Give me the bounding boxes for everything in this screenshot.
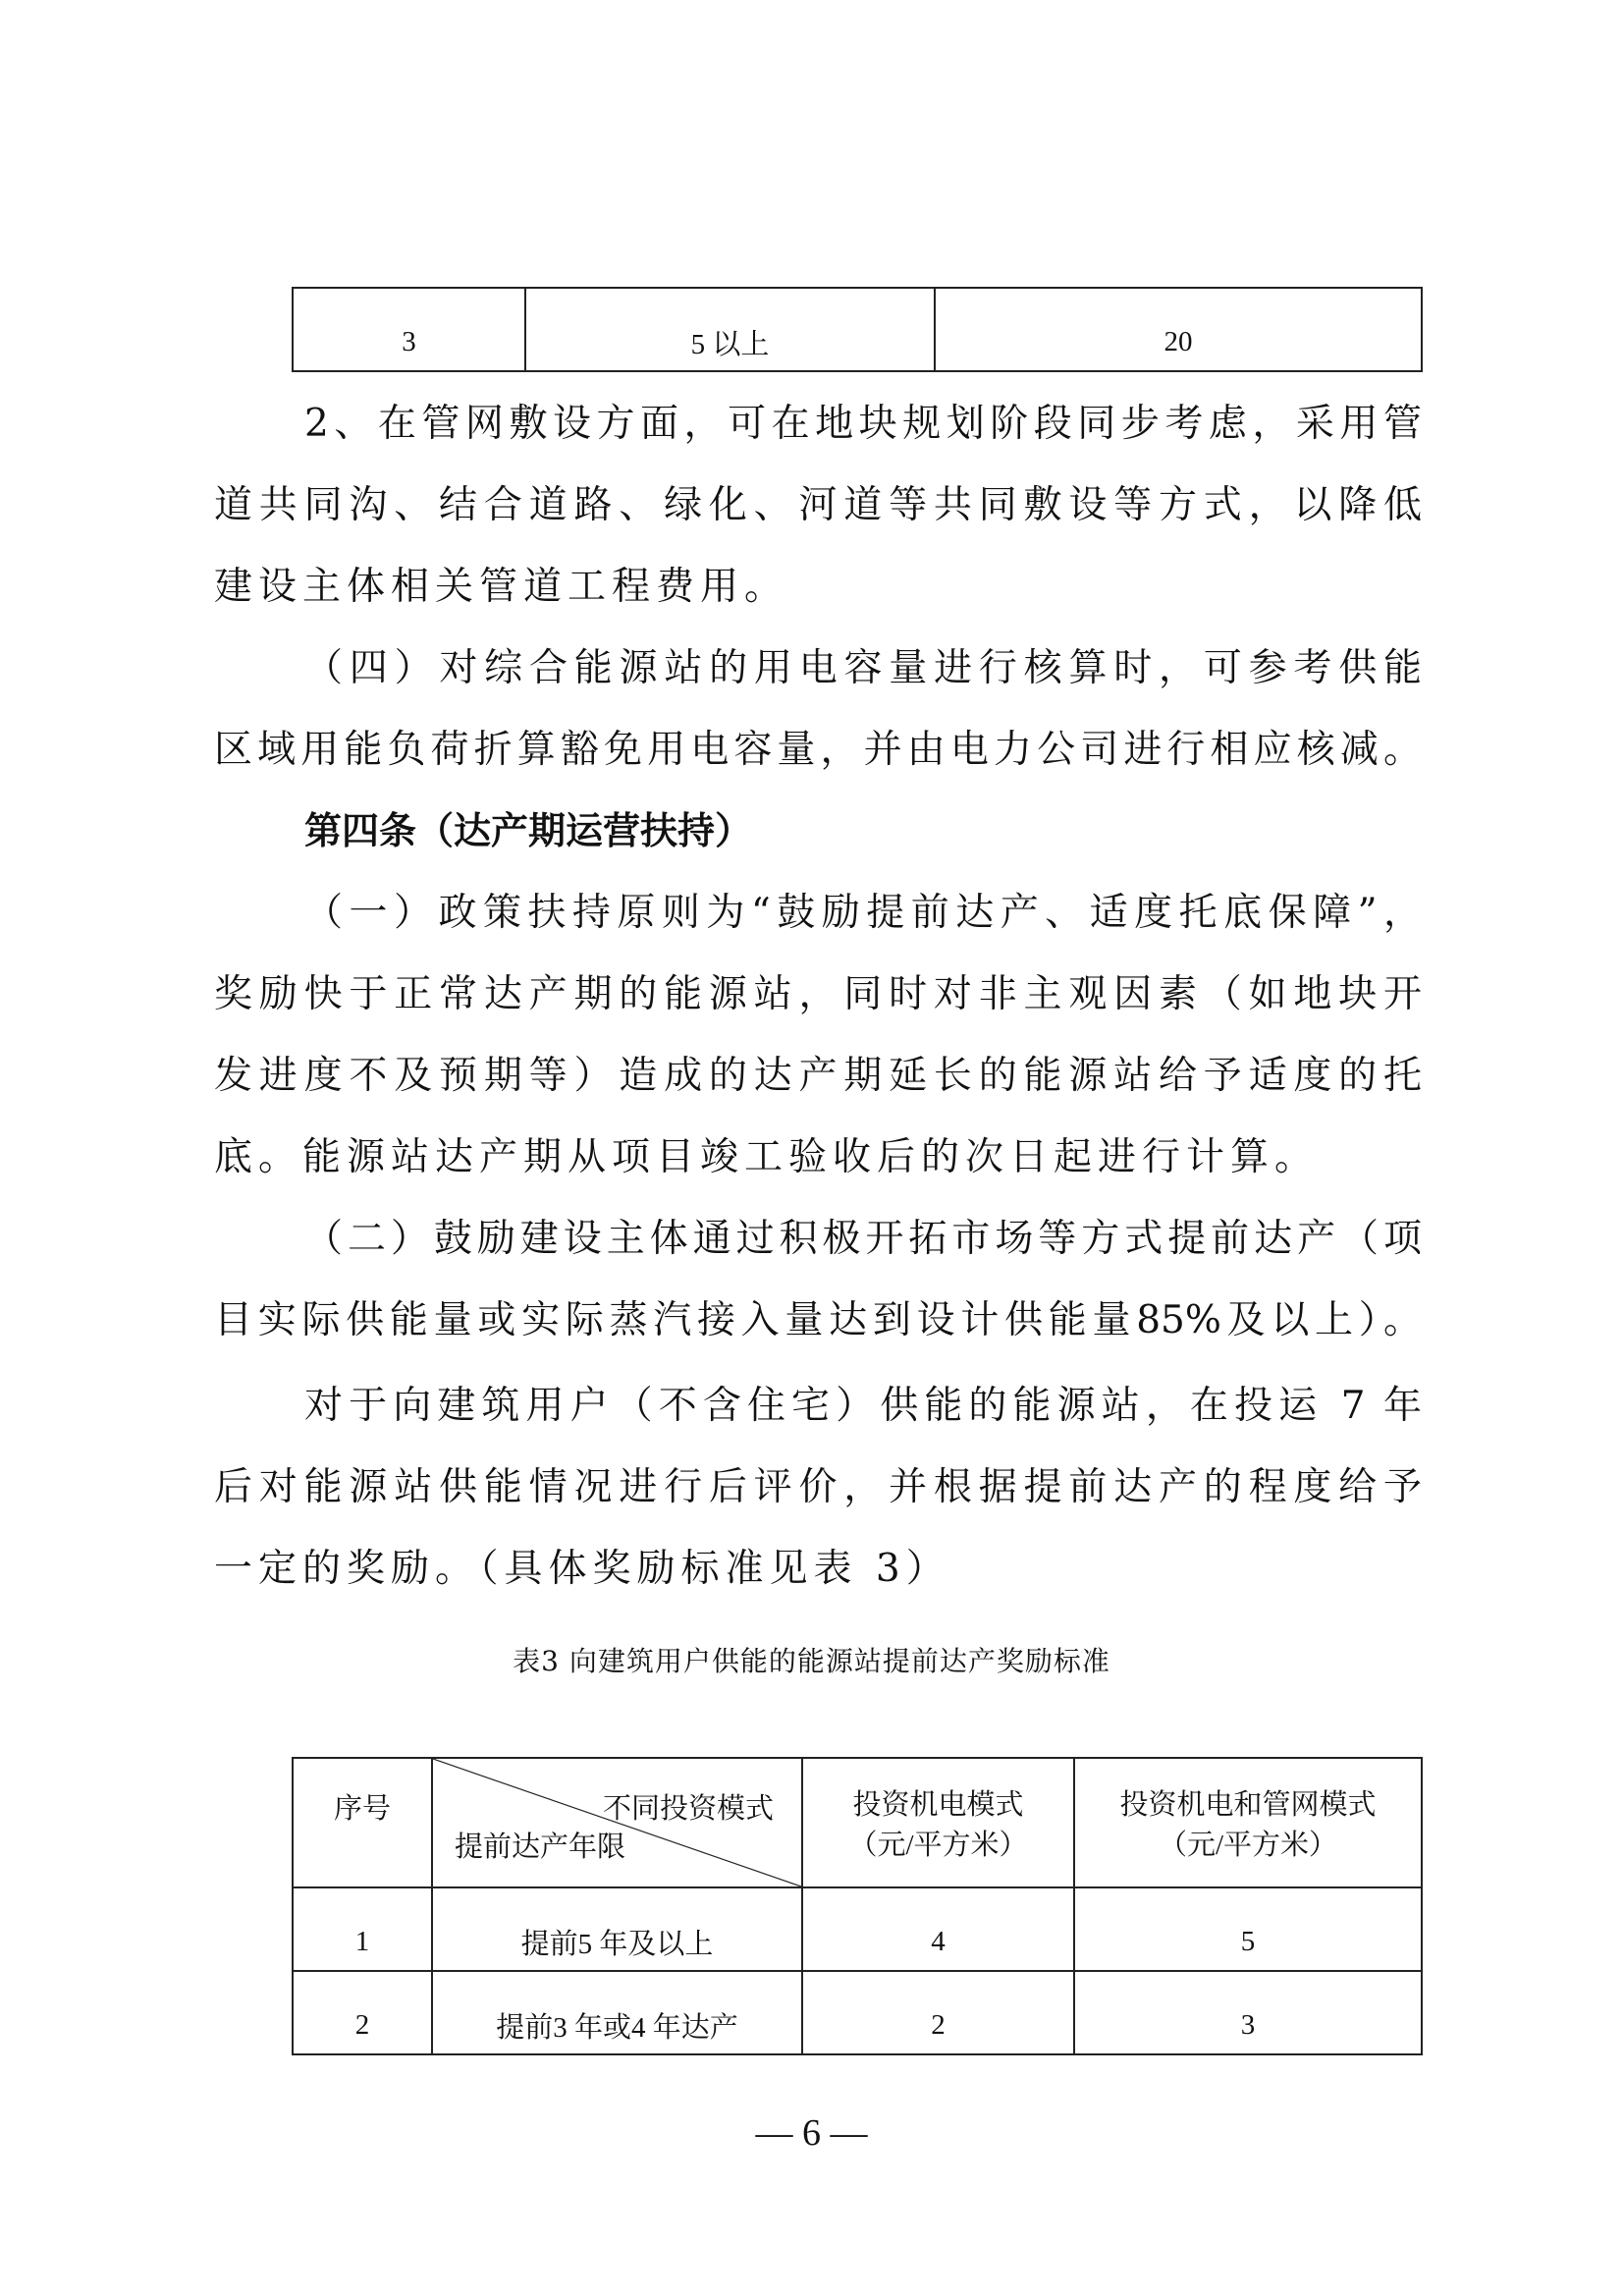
paragraph-line: （一）政策扶持原则为“鼓励提前达产、适度托底保障”， xyxy=(304,872,1422,954)
prev-table-range: 5 以上 xyxy=(525,288,935,371)
paragraph-line: 后对能源站供能情况进行后评价，并根据提前达产的程度给予 xyxy=(214,1447,1422,1528)
paragraph-line: 建设主体相关管道工程费用。 xyxy=(214,546,1422,628)
header-col1-line2: （元/平方米） xyxy=(803,1823,1073,1863)
table-row: 2 提前3 年或4 年达产 2 3 xyxy=(293,1971,1422,2054)
header-index-label: 序号 xyxy=(334,1793,391,1825)
page-number: — 6 — xyxy=(0,2111,1623,2155)
table-row: 3 5 以上 20 xyxy=(293,288,1422,371)
row-col1: 4 xyxy=(802,1887,1074,1971)
table-caption: 表3 向建筑用户供能的能源站提前达产奖励标准 xyxy=(0,1640,1623,1679)
row-period: 提前5 年及以上 xyxy=(432,1887,802,1971)
header-col2-line2: （元/平方米） xyxy=(1075,1823,1421,1863)
header-col2: 投资机电和管网模式 （元/平方米） xyxy=(1074,1758,1422,1887)
header-col1: 投资机电模式 （元/平方米） xyxy=(802,1758,1074,1887)
paragraph-line: 区域用能负荷折算豁免用电容量，并由电力公司进行相应核减。 xyxy=(214,709,1422,791)
paragraph-line: （四）对综合能源站的用电容量进行核算时，可参考供能 xyxy=(304,628,1422,709)
paragraph-line: 道共同沟、结合道路、绿化、河道等共同敷设等方式，以降低 xyxy=(214,465,1422,546)
table-header-row: 序号 不同投资模式 提前达产年限 投资机电模式 （元/平方米） 投资机电和管网模… xyxy=(293,1758,1422,1887)
prev-table-index: 3 xyxy=(293,288,525,371)
reward-table: 序号 不同投资模式 提前达产年限 投资机电模式 （元/平方米） 投资机电和管网模… xyxy=(292,1757,1423,2055)
header-col1-line1: 投资机电模式 xyxy=(803,1782,1073,1823)
prev-table: 3 5 以上 20 xyxy=(292,287,1423,372)
row-col1: 2 xyxy=(802,1971,1074,2054)
paragraph-line: 一定的奖励。（具体奖励标准见表 3） xyxy=(214,1528,1422,1610)
prev-table-value: 20 xyxy=(935,288,1422,371)
table-row: 1 提前5 年及以上 4 5 xyxy=(293,1887,1422,1971)
paragraph-line: 目实际供能量或实际蒸汽接入量达到设计供能量85%及以上）。 xyxy=(214,1280,1422,1361)
row-index: 2 xyxy=(293,1971,432,2054)
paragraph-line: 底。能源站达产期从项目竣工验收后的次日起进行计算。 xyxy=(214,1117,1422,1198)
section-heading: 第四条（达产期运营扶持） xyxy=(304,791,752,872)
header-diag-bottom: 提前达产年限 xyxy=(455,1825,625,1865)
row-index: 1 xyxy=(293,1887,432,1971)
paragraph-line: 发进度不及预期等）造成的达产期延长的能源站给予适度的托 xyxy=(214,1035,1422,1117)
header-diagonal-cell: 不同投资模式 提前达产年限 xyxy=(432,1758,802,1887)
header-diag-top: 不同投资模式 xyxy=(603,1786,774,1827)
header-col2-line1: 投资机电和管网模式 xyxy=(1075,1782,1421,1823)
paragraph-line: 对于向建筑用户（不含住宅）供能的能源站，在投运 7 年 xyxy=(304,1365,1422,1447)
paragraph-line: （二）鼓励建设主体通过积极开拓市场等方式提前达产（项 xyxy=(304,1198,1422,1280)
row-period: 提前3 年或4 年达产 xyxy=(432,1971,802,2054)
row-col2: 3 xyxy=(1074,1971,1422,2054)
paragraph-line: 奖励快于正常达产期的能源站，同时对非主观因素（如地块开 xyxy=(214,954,1422,1035)
paragraph-line: 2、在管网敷设方面，可在地块规划阶段同步考虑，采用管 xyxy=(304,383,1422,465)
header-index: 序号 xyxy=(293,1758,432,1887)
row-col2: 5 xyxy=(1074,1887,1422,1971)
